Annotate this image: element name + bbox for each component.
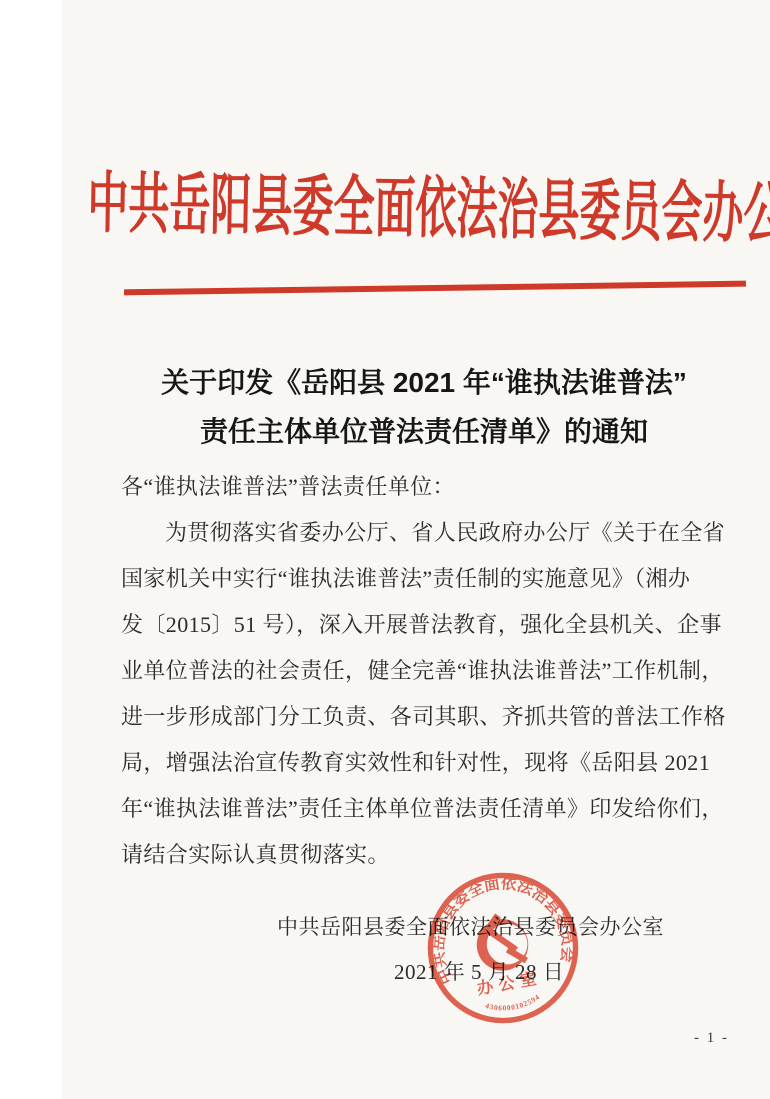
document-title: 关于印发《岳阳县 2021 年“谁执法谁普法” 责任主体单位普法责任清单》的通知 — [121, 358, 727, 456]
page-number: - 1 - — [694, 1030, 729, 1047]
document-title-line2: 责任主体单位普法责任清单》的通知 — [121, 407, 727, 456]
body-line: 为贯彻落实省委办公厅、省人民政府办公厅《关于在全省 — [121, 510, 727, 556]
document-title-line1: 关于印发《岳阳县 2021 年“谁执法谁普法” — [121, 358, 727, 407]
seal-center-label: 办公室 — [475, 968, 543, 998]
letterhead-org-name: 中共岳阳县委全面依法治县委员会办公室 — [87, 171, 770, 248]
official-seal: 中共岳阳县委全面依法治县委员会 办公室 4306000102594 — [413, 858, 594, 1039]
body-line: 业单位普法的社会责任，健全完善“谁执法谁普法”工作机制， — [121, 648, 727, 694]
document-body: 各“谁执法谁普法”普法责任单位： 为贯彻落实省委办公厅、省人民政府办公厅《关于在… — [121, 464, 727, 878]
body-line: 年“谁执法谁普法”责任主体单位普法责任清单》印发给你们， — [121, 786, 727, 832]
document-page: 中共岳阳县委全面依法治县委员会办公室 关于印发《岳阳县 2021 年“谁执法谁普… — [0, 0, 770, 1099]
salutation-line: 各“谁执法谁普法”普法责任单位： — [121, 464, 727, 510]
body-line: 国家机关中实行“谁执法谁普法”责任制的实施意见》（湘办 — [121, 556, 727, 602]
body-line: 进一步形成部门分工负责、各司其职、齐抓共管的普法工作格 — [121, 694, 727, 740]
letterhead-divider-line — [124, 281, 746, 296]
body-line: 请结合实际认真贯彻落实。 — [121, 832, 727, 878]
body-line: 发〔2015〕51 号），深入开展普法教育，强化全县机关、企事 — [121, 602, 727, 648]
party-emblem-icon — [472, 909, 533, 975]
scan-edge-strip — [0, 0, 62, 1099]
body-line: 局，增强法治宣传教育实效性和针对性，现将《岳阳县 2021 — [121, 740, 727, 786]
